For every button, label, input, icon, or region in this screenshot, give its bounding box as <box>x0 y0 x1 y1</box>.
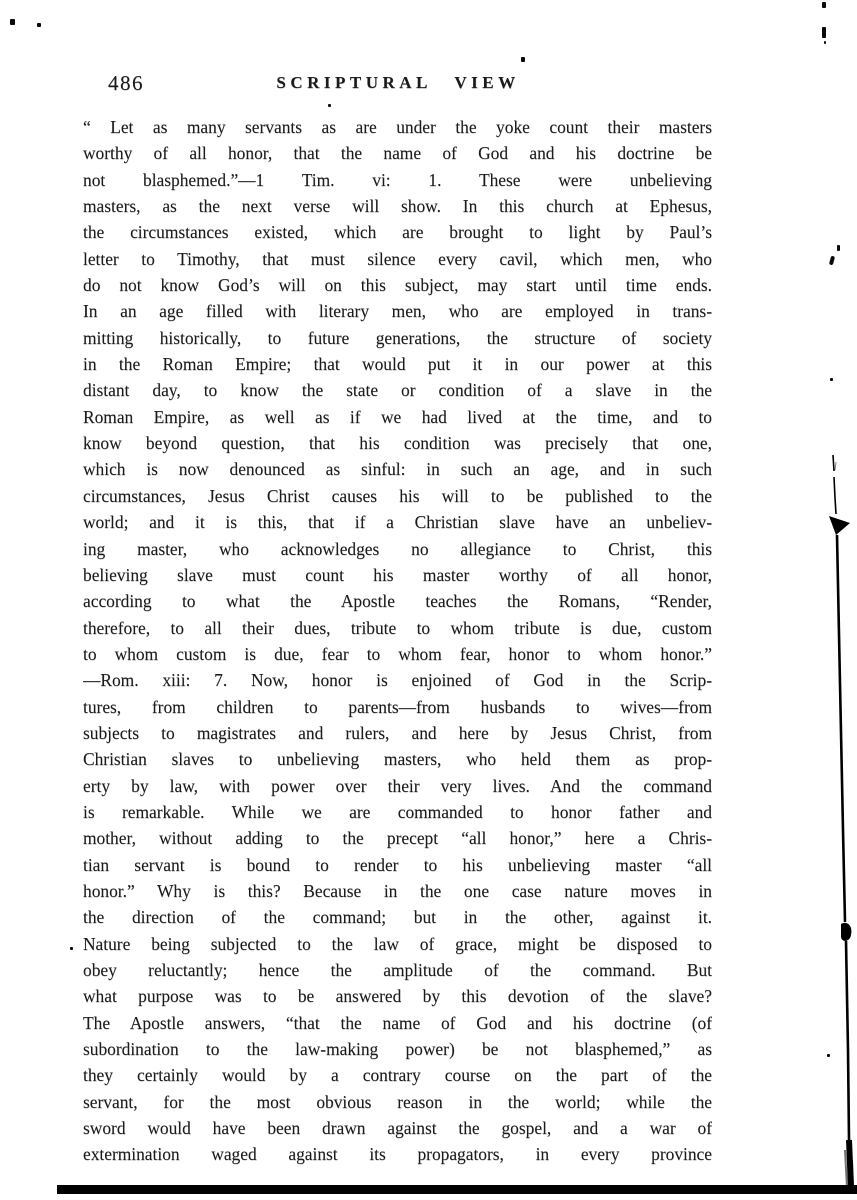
text-line: extermination waged against its propagat… <box>83 1141 712 1167</box>
scan-speck <box>37 23 41 27</box>
text-line: what purpose was to be answered by this … <box>83 983 712 1009</box>
text-line: tures, from children to parents—from hus… <box>83 694 712 720</box>
scan-speck <box>822 2 826 8</box>
text-line: is remarkable. While we are commanded to… <box>83 799 712 825</box>
text-line: distant day, to know the state or condit… <box>83 377 712 403</box>
text-line: —Rom. xiii: 7. Now, honor is enjoined of… <box>83 667 712 693</box>
scan-speck <box>822 27 826 38</box>
text-line: The Apostle answers, “that the name of G… <box>83 1010 712 1036</box>
scan-speck <box>837 245 840 251</box>
scan-speck <box>829 256 835 266</box>
text-line: honor.” Why is this? Because in the one … <box>83 878 712 904</box>
text-line: the direction of the command; but in the… <box>83 904 712 930</box>
text-line: not blasphemed.”—1 Tim. vi: 1. These wer… <box>83 167 712 193</box>
text-line: masters, as the next verse will show. In… <box>83 193 712 219</box>
text-line: to whom custom is due, fear to whom fear… <box>83 641 712 667</box>
text-line: subjects to magistrates and rulers, and … <box>83 720 712 746</box>
scan-speck <box>830 378 833 381</box>
text-line: the circumstances existed, which are bro… <box>83 219 712 245</box>
text-line: mother, without adding to the precept “a… <box>83 825 712 851</box>
text-line: therefore, to all their dues, tribute to… <box>83 615 712 641</box>
text-line: obey reluctantly; hence the amplitude of… <box>83 957 712 983</box>
text-line: they certainly would by a contrary cours… <box>83 1062 712 1088</box>
text-line: worthy of all honor, that the name of Go… <box>83 140 712 166</box>
text-line: believing slave must count his master wo… <box>83 562 712 588</box>
text-line: according to what the Apostle teaches th… <box>83 588 712 614</box>
scan-speck <box>70 947 73 950</box>
text-line: Nature being subjected to the law of gra… <box>83 931 712 957</box>
book-page-scan: 486 SCRIPTURAL VIEW “ Let as many servan… <box>0 0 857 1200</box>
text-line: know beyond question, that his condition… <box>83 430 712 456</box>
scan-speck <box>824 41 826 44</box>
text-line: letter to Timothy, that must silence eve… <box>83 246 712 272</box>
text-line: sword would have been drawn against the … <box>83 1115 712 1141</box>
scan-speck <box>10 19 15 25</box>
running-header: 486 SCRIPTURAL VIEW <box>83 71 713 97</box>
text-line: mitting historically, to future generati… <box>83 325 712 351</box>
text-line: Roman Empire, as well as if we had lived… <box>83 404 712 430</box>
text-line: servant, for the most obvious reason in … <box>83 1089 712 1115</box>
text-line: erty by law, with power over their very … <box>83 773 712 799</box>
text-line: Christian slaves to unbelieving masters,… <box>83 746 712 772</box>
running-title: SCRIPTURAL VIEW <box>83 73 713 93</box>
text-line: do not know God’s will on this subject, … <box>83 272 712 298</box>
scan-speck <box>328 104 331 107</box>
page-text: “ Let as many servants as are under the … <box>83 114 712 1168</box>
text-line: which is now denounced as sinful: in suc… <box>83 456 712 482</box>
text-line: “ Let as many servants as are under the … <box>83 114 712 140</box>
text-line: circumstances, Jesus Christ causes his w… <box>83 483 712 509</box>
scan-speck <box>827 1054 830 1057</box>
text-line: ing master, who acknowledges no allegian… <box>83 536 712 562</box>
text-line: world; and it is this, that if a Christi… <box>83 509 712 535</box>
text-line: tian servant is bound to render to his u… <box>83 852 712 878</box>
scan-speck <box>521 57 525 62</box>
text-line: In an age filled with literary men, who … <box>83 298 712 324</box>
scan-edge-bar <box>57 1185 857 1194</box>
text-line: in the Roman Empire; that would put it i… <box>83 351 712 377</box>
text-line: subordination to the law-making power) b… <box>83 1036 712 1062</box>
